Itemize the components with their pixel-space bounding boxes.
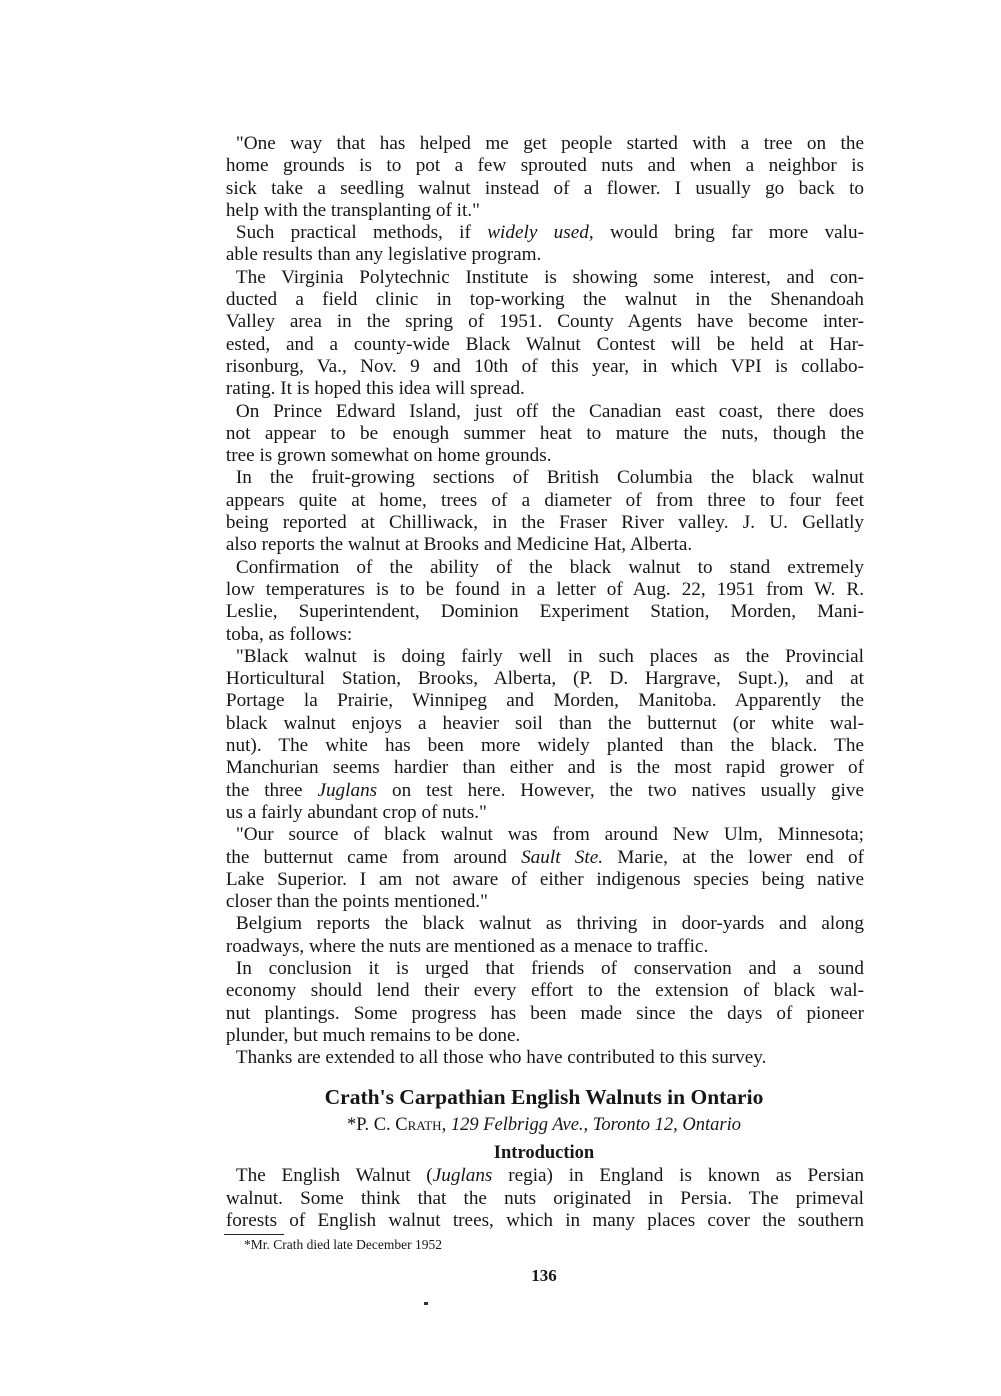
paragraph: On Prince Edward Island, just off the Ca…: [224, 401, 864, 468]
text-line: us a fairly abundant crop of nuts.": [224, 802, 864, 824]
text-line: risonburg, Va., Nov. 9 and 10th of this …: [224, 356, 864, 378]
text-line: closer than the points mentioned.": [224, 891, 864, 913]
text-line: ested, and a county-wide Black Walnut Co…: [224, 334, 864, 356]
text-line: being reported at Chilliwack, in the Fra…: [224, 512, 864, 534]
text-line: low temperatures is to be found in a let…: [224, 579, 864, 601]
text-line: able results than any legislative progra…: [224, 244, 864, 266]
body-text: "One way that has helped me get people s…: [224, 133, 864, 1069]
text-line: In conclusion it is urged that friends o…: [224, 958, 864, 980]
page-number: 136: [224, 1265, 864, 1287]
text-line: economy should lend their every effort t…: [224, 980, 864, 1002]
document-page: "One way that has helped me get people s…: [224, 133, 864, 1288]
text-line: Belgium reports the black walnut as thri…: [224, 913, 864, 935]
text-line: Manchurian seems hardier than either and…: [224, 757, 864, 779]
text-line: ducted a field clinic in top-working the…: [224, 289, 864, 311]
text-line: appears quite at home, trees of a diamet…: [224, 490, 864, 512]
text-line: "One way that has helped me get people s…: [224, 133, 864, 155]
text-line: In the fruit-growing sections of British…: [224, 467, 864, 489]
text-line: roadways, where the nuts are mentioned a…: [224, 936, 864, 958]
text-line: "Black walnut is doing fairly well in su…: [224, 646, 864, 668]
text-line: not appear to be enough summer heat to m…: [224, 423, 864, 445]
scan-speck: [424, 1302, 428, 1305]
text-line: also reports the walnut at Brooks and Me…: [224, 534, 864, 556]
text-line: The English Walnut (Juglans regia) in En…: [224, 1165, 864, 1187]
text-line: The Virginia Polytechnic Institute is sh…: [224, 267, 864, 289]
paragraph: "Our source of black walnut was from aro…: [224, 824, 864, 913]
paragraph: Belgium reports the black walnut as thri…: [224, 913, 864, 958]
text-line: Horticultural Station, Brooks, Alberta, …: [224, 668, 864, 690]
paragraph: "One way that has helped me get people s…: [224, 133, 864, 222]
paragraph: The Virginia Polytechnic Institute is sh…: [224, 267, 864, 401]
paragraph: In the fruit-growing sections of British…: [224, 467, 864, 556]
text-line: Leslie, Superintendent, Dominion Experim…: [224, 601, 864, 623]
text-line: tree is grown somewhat on home grounds.: [224, 445, 864, 467]
text-line: nut). The white has been more widely pla…: [224, 735, 864, 757]
paragraph: "Black walnut is doing fairly well in su…: [224, 646, 864, 824]
text-line: help with the transplanting of it.": [224, 200, 864, 222]
paragraph: Confirmation of the ability of the black…: [224, 557, 864, 646]
text-line: nut plantings. Some progress has been ma…: [224, 1003, 864, 1025]
text-line: Portage la Prairie, Winnipeg and Morden,…: [224, 690, 864, 712]
text-line: black walnut enjoys a heavier soil than …: [224, 713, 864, 735]
text-line: Valley area in the spring of 1951. Count…: [224, 311, 864, 333]
text-line: the three Juglans on test here. However,…: [224, 780, 864, 802]
text-line: Confirmation of the ability of the black…: [224, 557, 864, 579]
intro-paragraph: The English Walnut (Juglans regia) in En…: [224, 1165, 864, 1232]
article-title: Crath's Carpathian English Walnuts in On…: [224, 1083, 864, 1111]
text-line: walnut. Some think that the nuts origina…: [224, 1188, 864, 1210]
paragraph: Thanks are extended to all those who hav…: [224, 1047, 864, 1069]
byline-address: , 129 Felbrigg Ave., Toronto 12, Ontario: [442, 1115, 741, 1135]
text-line: Thanks are extended to all those who hav…: [224, 1047, 864, 1069]
text-line: On Prince Edward Island, just off the Ca…: [224, 401, 864, 423]
text-line: "Our source of black walnut was from aro…: [224, 824, 864, 846]
article-byline: *P. C. Crath, 129 Felbrigg Ave., Toronto…: [224, 1113, 864, 1137]
text-line: the butternut came from around Sault Ste…: [224, 847, 864, 869]
paragraph: In conclusion it is urged that friends o…: [224, 958, 864, 1047]
text-line: rating. It is hoped this idea will sprea…: [224, 378, 864, 400]
section-heading: Introduction: [224, 1141, 864, 1165]
text-line: Such practical methods, if widely used, …: [224, 222, 864, 244]
text-line: toba, as follows:: [224, 624, 864, 646]
byline-author: Crath: [395, 1115, 441, 1135]
paragraph: The English Walnut (Juglans regia) in En…: [224, 1165, 864, 1232]
text-line: Lake Superior. I am not aware of either …: [224, 869, 864, 891]
byline-marker: *P. C.: [347, 1115, 395, 1135]
text-line: home grounds is to pot a few sprouted nu…: [224, 155, 864, 177]
text-line: plunder, but much remains to be done.: [224, 1025, 864, 1047]
paragraph: Such practical methods, if widely used, …: [224, 222, 864, 267]
footnote: *Mr. Crath died late December 1952: [224, 1236, 864, 1254]
footnote-rule: [224, 1234, 284, 1235]
text-line: forests of English walnut trees, which i…: [224, 1210, 864, 1232]
text-line: sick take a seedling walnut instead of a…: [224, 178, 864, 200]
